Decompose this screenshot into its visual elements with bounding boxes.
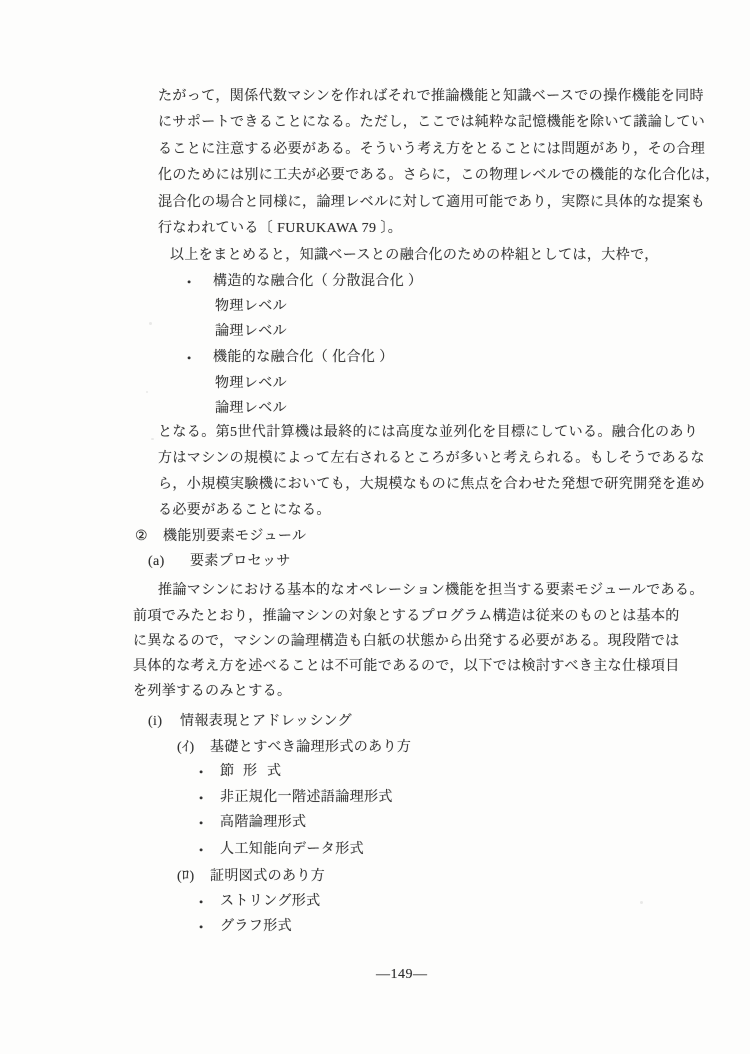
list-marker: (a): [148, 549, 165, 575]
text-line: (a)要素プロセッサ: [0, 549, 750, 575]
text-segment: を列挙するのみとする。: [133, 679, 291, 705]
text-line: にサポートできることになる。ただし，ここでは純粋な記憶機能を除いて議論してい: [0, 110, 750, 136]
text-segment: 機能別要素モジュール: [163, 524, 306, 550]
text-line: を列挙するのみとする。: [0, 679, 750, 705]
text-segment: 非正規化一階述語論理形式: [220, 785, 393, 811]
text-segment: 混合化の場合と同様に，論理レベルに対して適用可能であり，実際に具体的な提案も: [158, 190, 705, 216]
text-layer: たがって，関係代数マシンを作ればそれで推論機能と知識ベースでの操作機能を同時にサ…: [0, 0, 750, 1054]
text-line: 物理レベル: [0, 371, 750, 397]
list-marker: ②: [135, 524, 148, 550]
text-line: 混合化の場合と同様に，論理レベルに対して適用可能であり，実際に具体的な提案も: [0, 190, 750, 216]
text-line: 化のためには別に工夫が必要である。さらに，この物理レベルでの機能的な化合化は，: [0, 163, 750, 189]
text-segment: ることに注意する必要がある。そういう考え方をとることには問題があり，その合理: [158, 137, 705, 163]
text-line: •構造的な融合化（ 分散混合化 ）: [0, 269, 750, 295]
scan-speck: [151, 438, 154, 440]
text-line: 論理レベル: [0, 319, 750, 345]
scan-speck: [146, 391, 148, 393]
text-segment: 前項でみたとおり，推論マシンの対象とするプログラム構造は従来のものとは基本的: [133, 604, 680, 630]
text-segment: 高階論理形式: [220, 810, 306, 836]
list-marker: (ﾛ): [177, 864, 195, 890]
bullet-icon: •: [199, 810, 204, 836]
text-line: •グラフ形式: [0, 914, 750, 940]
text-line: 方はマシンの規模によって左右されるところが多いと考えられる。もしそうであるな: [0, 446, 750, 472]
text-segment: 証明図式のあり方: [210, 864, 325, 890]
text-segment: グラフ形式: [220, 914, 292, 940]
text-segment: 物理レベル: [215, 371, 287, 397]
text-segment: 論理レベル: [215, 319, 287, 345]
text-segment: 節: [220, 759, 234, 785]
text-line: ることに注意する必要がある。そういう考え方をとることには問題があり，その合理: [0, 137, 750, 163]
text-segment: ストリング形式: [220, 889, 321, 915]
text-segment: 具体的な考え方を述べることは不可能であるので，以下では検討すべき主な仕様項目: [133, 654, 680, 680]
text-line: 物理レベル: [0, 294, 750, 320]
text-segment: にサポートできることになる。ただし，ここでは純粋な記憶機能を除いて議論してい: [158, 110, 705, 136]
text-segment: 推論マシンにおける基本的なオペレーション機能を担当する要素モジュールである。: [158, 578, 704, 604]
bullet-icon: •: [199, 785, 204, 811]
text-line: 行なわれている〔 FURUKAWA 79 〕。: [0, 216, 750, 242]
text-line: 前項でみたとおり，推論マシンの対象とするプログラム構造は従来のものとは基本的: [0, 604, 750, 630]
bullet-icon: •: [199, 889, 204, 915]
text-line: たがって，関係代数マシンを作ればそれで推論機能と知識ベースでの操作機能を同時: [0, 84, 750, 110]
bullet-icon: •: [199, 914, 204, 940]
list-marker: (i): [148, 709, 162, 735]
page-number: —149—: [376, 962, 428, 988]
text-line: 推論マシンにおける基本的なオペレーション機能を担当する要素モジュールである。: [0, 578, 750, 604]
bullet-icon: •: [187, 269, 192, 295]
text-line: ら，小規模実験機においても，大規模なものに焦点を合わせた発想で研究開発を進め: [0, 472, 750, 498]
bullet-icon: •: [199, 759, 204, 785]
text-line: となる。第5世代計算機は最終的には高度な並列化を目標にしている。融合化のあり: [0, 420, 750, 446]
text-segment: 構造的な融合化（ 分散混合化 ）: [213, 269, 422, 295]
text-line: る必要があることになる。: [0, 498, 750, 524]
text-segment: 情報表現とアドレッシング: [180, 709, 352, 735]
text-line: •ストリング形式: [0, 889, 750, 915]
text-segment: となる。第5世代計算機は最終的には高度な並列化を目標にしている。融合化のあり: [158, 420, 698, 446]
text-segment: 論理レベル: [215, 396, 287, 422]
scan-speck: [640, 901, 643, 904]
text-line: ②機能別要素モジュール: [0, 524, 750, 550]
scan-speck: [149, 322, 152, 325]
text-line: •機能的な融合化（ 化合化 ）: [0, 345, 750, 371]
text-line: 論理レベル: [0, 396, 750, 422]
text-segment: ら，小規模実験機においても，大規模なものに焦点を合わせた発想で研究開発を進め: [158, 472, 705, 498]
text-line: 具体的な考え方を述べることは不可能であるので，以下では検討すべき主な仕様項目: [0, 654, 750, 680]
text-line: (ﾛ)証明図式のあり方: [0, 864, 750, 890]
scanned-document-page: たがって，関係代数マシンを作ればそれで推論機能と知識ベースでの操作機能を同時にサ…: [0, 0, 750, 1054]
text-segment: 形: [243, 759, 257, 785]
text-line: •高階論理形式: [0, 810, 750, 836]
text-segment: る必要があることになる。: [158, 498, 331, 524]
text-segment: 方はマシンの規模によって左右されるところが多いと考えられる。もしそうであるな: [158, 446, 705, 472]
page-footer: —149—: [0, 962, 750, 988]
text-line: •人工知能向データ形式: [0, 837, 750, 863]
text-line: •非正規化一階述語論理形式: [0, 785, 750, 811]
text-segment: 式: [267, 759, 281, 785]
text-segment: に異なるので，マシンの論理構造も白紙の状態から出発する必要がある。現段階では: [133, 629, 680, 655]
list-marker: (ｲ): [177, 735, 195, 761]
text-line: 以上をまとめると，知識ベースとの融合化のための枠組としては，大枠で，: [0, 243, 750, 269]
text-segment: 人工知能向データ形式: [220, 837, 364, 863]
scan-speck: [688, 470, 690, 472]
text-line: (i)情報表現とアドレッシング: [0, 709, 750, 735]
text-segment: 化のためには別に工夫が必要である。さらに，この物理レベルでの機能的な化合化は，: [158, 163, 720, 189]
text-segment: たがって，関係代数マシンを作ればそれで推論機能と知識ベースでの操作機能を同時: [158, 84, 704, 110]
text-segment: 行なわれている〔 FURUKAWA 79 〕。: [158, 216, 402, 242]
text-segment: 要素プロセッサ: [190, 549, 291, 575]
text-segment: 以上をまとめると，知識ベースとの融合化のための枠組としては，大枠で，: [170, 243, 659, 269]
text-segment: 基礎とすべき論理形式のあり方: [210, 735, 411, 761]
text-line: •節形式: [0, 759, 750, 785]
text-line: に異なるので，マシンの論理構造も白紙の状態から出発する必要がある。現段階では: [0, 629, 750, 655]
text-segment: 物理レベル: [215, 294, 287, 320]
text-line: (ｲ)基礎とすべき論理形式のあり方: [0, 735, 750, 761]
bullet-icon: •: [199, 837, 204, 863]
text-segment: 機能的な融合化（ 化合化 ）: [213, 345, 394, 371]
bullet-icon: •: [187, 345, 192, 371]
